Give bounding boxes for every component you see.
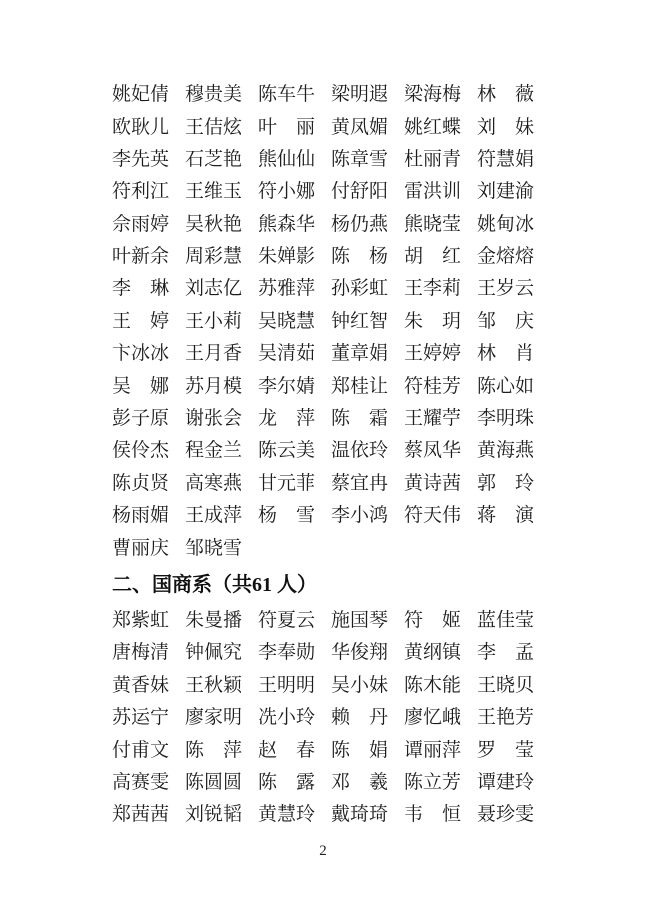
person-name: 姚甸冰	[477, 209, 534, 241]
person-name: 冼小玲	[258, 702, 315, 734]
person-name: 符 姬	[404, 605, 461, 637]
person-name: 吴 娜	[112, 371, 169, 403]
person-name: 叶 丽	[258, 112, 315, 144]
person-name: 李奉勋	[258, 637, 315, 669]
person-name: 赖 丹	[331, 702, 388, 734]
person-name: 陈 霜	[331, 403, 388, 435]
person-name: 廖家明	[185, 702, 242, 734]
name-row: 高赛雯陈圆圆陈 露邓 羲陈立芳谭建玲	[112, 767, 606, 799]
person-name: 王艳芳	[477, 702, 534, 734]
person-name: 黄纲镇	[404, 637, 461, 669]
person-name: 朱 玥	[404, 306, 461, 338]
person-name: 杨仍燕	[331, 209, 388, 241]
person-name: 穆贵美	[185, 79, 242, 111]
person-name: 付甫文	[112, 735, 169, 767]
person-name: 王维玉	[185, 176, 242, 208]
person-name: 付舒阳	[331, 176, 388, 208]
roster-section-continued: 姚妃倩穆贵美陈车牛梁明遐梁海梅林 薇欧耿儿王佶炫叶 丽黄凤媚姚红蝶刘 妹李先英石…	[112, 79, 606, 565]
person-name: 王 婷	[112, 306, 169, 338]
person-name: 温依玲	[331, 435, 388, 467]
person-name: 梁海梅	[404, 79, 461, 111]
name-row: 王 婷王小莉吴晓慧钟红智朱 玥邹 庆	[112, 306, 606, 338]
person-name: 邹 庆	[477, 306, 534, 338]
person-name: 杨 雪	[258, 500, 315, 532]
person-name: 杜丽青	[404, 144, 461, 176]
person-name: 熊仙仙	[258, 144, 315, 176]
person-name: 陈 杨	[331, 241, 388, 273]
person-name: 刘志亿	[185, 273, 242, 305]
person-name: 符天伟	[404, 500, 461, 532]
person-name: 李小鸿	[331, 500, 388, 532]
document-page: 姚妃倩穆贵美陈车牛梁明遐梁海梅林 薇欧耿儿王佶炫叶 丽黄凤媚姚红蝶刘 妹李先英石…	[0, 0, 646, 915]
person-name: 符慧娟	[477, 144, 534, 176]
person-name: 王婷婷	[404, 338, 461, 370]
person-name: 黄诗茜	[404, 468, 461, 500]
person-name: 邓 羲	[331, 767, 388, 799]
name-row: 欧耿儿王佶炫叶 丽黄凤媚姚红蝶刘 妹	[112, 111, 606, 143]
person-name: 陈章雪	[331, 144, 388, 176]
name-row: 侯伶杰程金兰陈云美温依玲蔡凤华黄海燕	[112, 435, 606, 467]
person-name: 朱婵影	[258, 241, 315, 273]
person-name: 朱曼播	[185, 605, 242, 637]
person-name: 雷洪训	[404, 176, 461, 208]
person-name: 甘元菲	[258, 468, 315, 500]
person-name: 孙彩虹	[331, 273, 388, 305]
name-row: 李先英石芝艳熊仙仙陈章雪杜丽青符慧娟	[112, 144, 606, 176]
person-name: 王秋颖	[185, 670, 242, 702]
person-name: 廖忆峨	[404, 702, 461, 734]
person-name: 钟佩究	[185, 637, 242, 669]
person-name: 王岁云	[477, 273, 534, 305]
name-row: 黄香妹王秋颖王明明吴小妹陈木能王晓贝	[112, 670, 606, 702]
name-row: 符利江王维玉符小娜付舒阳雷洪训刘建渝	[112, 176, 606, 208]
person-name: 陈木能	[404, 670, 461, 702]
person-name: 蔡宜冉	[331, 468, 388, 500]
person-name: 王晓贝	[477, 670, 534, 702]
name-row: 卞冰冰王月香吴清茹董章娟王婷婷林 肖	[112, 338, 606, 370]
name-row: 杨雨媚王成萍杨 雪李小鸿符天伟蒋 演	[112, 500, 606, 532]
name-row: 苏运宁廖家明冼小玲赖 丹廖忆峨王艳芳	[112, 702, 606, 734]
person-name: 吴清茹	[258, 338, 315, 370]
person-name: 郑紫虹	[112, 605, 169, 637]
person-name: 程金兰	[185, 435, 242, 467]
person-name: 符夏云	[258, 605, 315, 637]
person-name: 龙 萍	[258, 403, 315, 435]
roster-section-guoshang: 郑紫虹朱曼播符夏云施国琴符 姬蓝佳莹唐梅清钟佩究李奉勋华俊翔黄纲镇李 孟黄香妹王…	[112, 605, 606, 832]
person-name: 熊森华	[258, 209, 315, 241]
person-name: 黄海燕	[477, 435, 534, 467]
person-name: 金熔熔	[477, 241, 534, 273]
person-name: 李先英	[112, 144, 169, 176]
person-name: 曹丽庆	[112, 533, 169, 565]
name-row: 吴 娜苏月模李尔婧郑桂让符桂芳陈心如	[112, 371, 606, 403]
name-row: 佘雨婷吴秋艳熊森华杨仍燕熊晓莹姚甸冰	[112, 209, 606, 241]
person-name: 钟红智	[331, 306, 388, 338]
person-name: 谭丽萍	[404, 735, 461, 767]
person-name: 施国琴	[331, 605, 388, 637]
page-number: 2	[0, 843, 646, 860]
person-name: 吴小妹	[331, 670, 388, 702]
person-name: 苏月模	[185, 371, 242, 403]
person-name: 郭 玲	[477, 468, 534, 500]
person-name: 佘雨婷	[112, 209, 169, 241]
person-name: 欧耿儿	[112, 112, 169, 144]
person-name: 胡 红	[404, 241, 461, 273]
person-name: 谢张会	[185, 403, 242, 435]
person-name: 吴秋艳	[185, 209, 242, 241]
person-name: 谭建玲	[477, 767, 534, 799]
person-name: 邹晓雪	[185, 533, 242, 565]
name-row: 曹丽庆邹晓雪	[112, 532, 606, 564]
person-name: 刘锐韬	[185, 799, 242, 831]
person-name: 陈心如	[477, 371, 534, 403]
person-name: 戴琦琦	[331, 799, 388, 831]
person-name: 黄香妹	[112, 670, 169, 702]
person-name: 陈车牛	[258, 79, 315, 111]
person-name: 苏雅萍	[258, 273, 315, 305]
person-name: 苏运宁	[112, 702, 169, 734]
person-name: 郑茜茜	[112, 799, 169, 831]
person-name: 王李莉	[404, 273, 461, 305]
person-name: 卞冰冰	[112, 338, 169, 370]
person-name: 韦 恒	[404, 799, 461, 831]
person-name: 周彩慧	[185, 241, 242, 273]
person-name: 石芝艳	[185, 144, 242, 176]
person-name: 姚妃倩	[112, 79, 169, 111]
person-name: 李 琳	[112, 273, 169, 305]
person-name: 聂珍雯	[477, 799, 534, 831]
person-name: 李尔婧	[258, 371, 315, 403]
name-row: 郑茜茜刘锐韬黄慧玲戴琦琦韦 恒聂珍雯	[112, 799, 606, 831]
person-name: 符桂芳	[404, 371, 461, 403]
name-row: 姚妃倩穆贵美陈车牛梁明遐梁海梅林 薇	[112, 79, 606, 111]
person-name: 王佶炫	[185, 112, 242, 144]
section-heading: 二、国商系（共61 人）	[112, 565, 606, 605]
person-name: 熊晓莹	[404, 209, 461, 241]
person-name: 陈立芳	[404, 767, 461, 799]
person-name: 王成萍	[185, 500, 242, 532]
name-row: 李 琳刘志亿苏雅萍孙彩虹王李莉王岁云	[112, 273, 606, 305]
person-name: 陈 萍	[185, 735, 242, 767]
name-row: 付甫文陈 萍赵 春陈 娟谭丽萍罗 莹	[112, 734, 606, 766]
person-name: 李明珠	[477, 403, 534, 435]
name-row: 唐梅清钟佩究李奉勋华俊翔黄纲镇李 孟	[112, 637, 606, 669]
person-name: 符小娜	[258, 176, 315, 208]
person-name: 黄凤媚	[331, 112, 388, 144]
person-name: 叶新余	[112, 241, 169, 273]
person-name: 陈贞贤	[112, 468, 169, 500]
person-name: 蔡凤华	[404, 435, 461, 467]
person-name: 彭子原	[112, 403, 169, 435]
name-row: 陈贞贤高寒燕甘元菲蔡宜冉黄诗茜郭 玲	[112, 468, 606, 500]
person-name: 蓝佳莹	[477, 605, 534, 637]
person-name: 王月香	[185, 338, 242, 370]
person-name: 黄慧玲	[258, 799, 315, 831]
person-name: 吴晓慧	[258, 306, 315, 338]
person-name: 王耀苧	[404, 403, 461, 435]
person-name: 赵 春	[258, 735, 315, 767]
person-name: 高寒燕	[185, 468, 242, 500]
person-name: 陈 娟	[331, 735, 388, 767]
person-name: 华俊翔	[331, 637, 388, 669]
person-name: 符利江	[112, 176, 169, 208]
name-row: 叶新余周彩慧朱婵影陈 杨胡 红金熔熔	[112, 241, 606, 273]
person-name: 林 肖	[477, 338, 534, 370]
person-name: 陈云美	[258, 435, 315, 467]
person-name: 梁明遐	[331, 79, 388, 111]
person-name: 罗 莹	[477, 735, 534, 767]
person-name: 董章娟	[331, 338, 388, 370]
person-name: 王明明	[258, 670, 315, 702]
name-row: 彭子原谢张会龙 萍陈 霜王耀苧李明珠	[112, 403, 606, 435]
roster-content: 姚妃倩穆贵美陈车牛梁明遐梁海梅林 薇欧耿儿王佶炫叶 丽黄凤媚姚红蝶刘 妹李先英石…	[112, 79, 606, 832]
person-name: 陈圆圆	[185, 767, 242, 799]
person-name: 刘建渝	[477, 176, 534, 208]
name-row: 郑紫虹朱曼播符夏云施国琴符 姬蓝佳莹	[112, 605, 606, 637]
person-name: 李 孟	[477, 637, 534, 669]
person-name: 姚红蝶	[404, 112, 461, 144]
person-name: 高赛雯	[112, 767, 169, 799]
person-name: 陈 露	[258, 767, 315, 799]
person-name: 王小莉	[185, 306, 242, 338]
person-name: 蒋 演	[477, 500, 534, 532]
person-name: 刘 妹	[477, 112, 534, 144]
person-name: 郑桂让	[331, 371, 388, 403]
person-name: 杨雨媚	[112, 500, 169, 532]
person-name: 林 薇	[477, 79, 534, 111]
person-name: 唐梅清	[112, 637, 169, 669]
person-name: 侯伶杰	[112, 435, 169, 467]
